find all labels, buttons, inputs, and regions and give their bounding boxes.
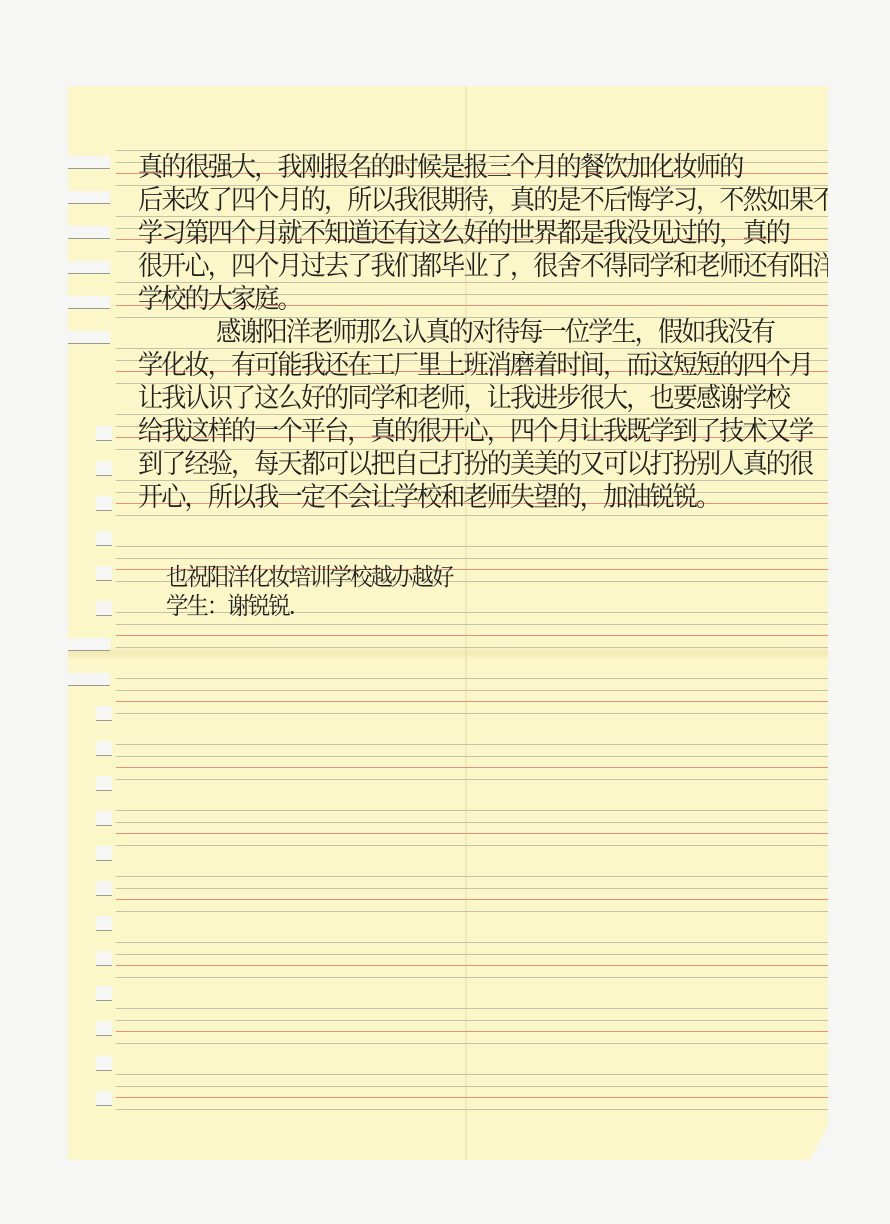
body-line: 真的很强大，我刚报名的时候是报三个月的餐饮加化妆师的: [138, 150, 770, 183]
torn-hole: [68, 638, 110, 651]
torn-hole: [68, 156, 110, 169]
torn-hole: [68, 331, 110, 344]
spiral-hole: [96, 531, 112, 546]
spiral-hole: [96, 496, 112, 511]
torn-hole: [68, 226, 110, 239]
signature: 学生：谢锐锐.: [166, 591, 452, 620]
body-line: 给我这样的一个平台，真的很开心，四个月让我既学到了技术又学: [138, 414, 770, 447]
closing-wish: 也祝阳洋化妆培训学校越办越好: [166, 562, 452, 591]
torn-spiral-edge: [68, 86, 118, 1160]
spiral-hole: [96, 1056, 112, 1071]
paragraph-start-line: 感谢阳洋老师那么认真的对待每一位学生，假如我没有: [138, 315, 770, 348]
paper-fold: [68, 646, 828, 660]
body-line: 到了经验，每天都可以把自己打扮的美美的又可以打扮别人真的很: [138, 447, 770, 480]
torn-hole: [68, 296, 110, 309]
torn-hole: [68, 191, 110, 204]
letter-closing: 也祝阳洋化妆培训学校越办越好 学生：谢锐锐.: [166, 562, 452, 620]
torn-hole: [68, 673, 110, 686]
letter-body: 真的很强大，我刚报名的时候是报三个月的餐饮加化妆师的 后来改了四个月的，所以我很…: [138, 150, 770, 513]
body-line: 学校的大家庭。: [138, 282, 770, 315]
spiral-hole: [96, 426, 112, 441]
spiral-hole: [96, 1021, 112, 1036]
spiral-hole: [96, 776, 112, 791]
spiral-hole: [96, 741, 112, 756]
spiral-hole: [96, 1091, 112, 1106]
notebook-page: 真的很强大，我刚报名的时候是报三个月的餐饮加化妆师的 后来改了四个月的，所以我很…: [68, 86, 828, 1160]
spiral-hole: [96, 881, 112, 896]
body-line: 让我认识了这么好的同学和老师，让我进步很大，也要感谢学校: [138, 381, 770, 414]
body-line: 很开心，四个月过去了我们都毕业了，很舍不得同学和老师还有阳洋: [138, 249, 770, 282]
spiral-hole: [96, 706, 112, 721]
spiral-hole: [96, 951, 112, 966]
spiral-hole: [96, 601, 112, 616]
body-line: 学化妆，有可能我还在工厂里上班消磨着时间，而这短短的四个月: [138, 348, 770, 381]
spiral-hole: [96, 811, 112, 826]
torn-hole: [68, 261, 110, 274]
spiral-hole: [96, 846, 112, 861]
spiral-hole: [96, 566, 112, 581]
body-line: 后来改了四个月的，所以我很期待，真的是不后悔学习，不然如果不: [138, 183, 770, 216]
spiral-hole: [96, 986, 112, 1001]
spiral-hole: [96, 461, 112, 476]
body-line: 开心，所以我一定不会让学校和老师失望的，加油锐锐。: [138, 480, 770, 513]
body-line: 学习第四个月就不知道还有这么好的世界都是我没见过的，真的: [138, 216, 770, 249]
spiral-hole: [96, 916, 112, 931]
